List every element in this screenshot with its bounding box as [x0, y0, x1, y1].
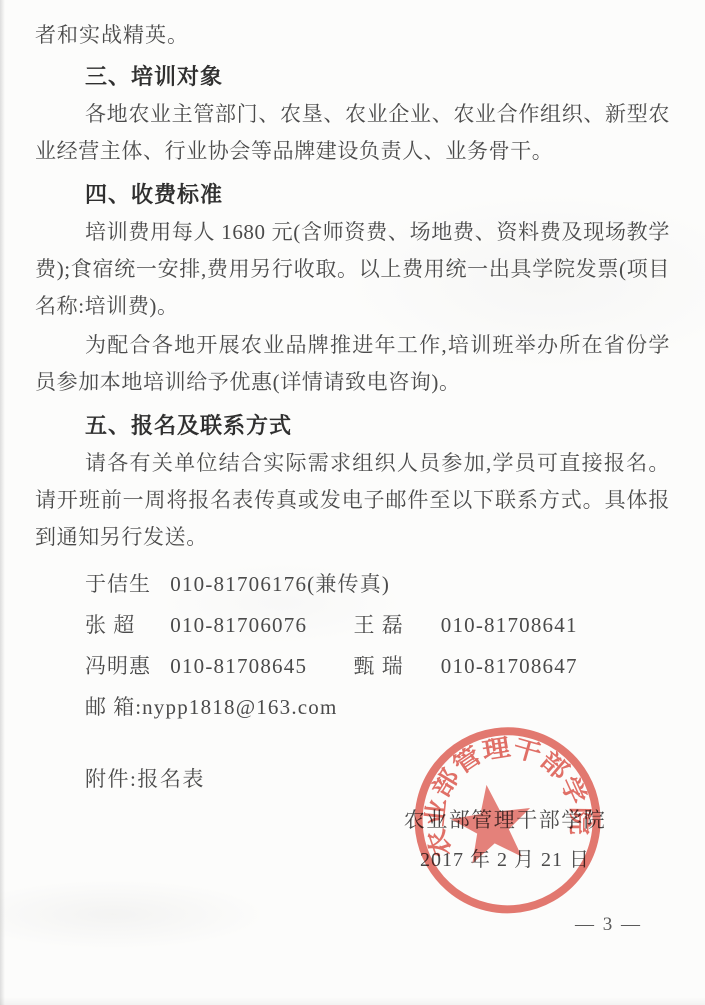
section3-paragraph: 各地农业主管部门、农垦、农业企业、农业合作组织、新型农业经营主体、行业协会等品牌… — [35, 96, 670, 170]
contact-phone: 010-81708647 — [441, 646, 593, 687]
contact-name: 张 超 — [85, 605, 165, 646]
page-number: — 3 — — [35, 912, 642, 938]
signature-block: 农业部管理干部学院 2017 年 2 月 21 日 — [380, 804, 630, 876]
contact-name: 甄 瑞 — [354, 646, 436, 687]
email-label: 邮 箱: — [85, 695, 142, 719]
contact-phone: 010-81708645 — [170, 646, 322, 687]
contact-name: 王 磊 — [354, 605, 436, 646]
contact-row-2: 张 超 010-81706076 王 磊 010-81708641 — [85, 605, 670, 646]
contact-row-1: 于佶生 010-81706176(兼传真) — [85, 564, 670, 605]
contact-phone: 010-81706176(兼传真) — [170, 564, 390, 605]
section4-paragraph-2: 为配合各地开展农业品牌推进年工作,培训班举办所在省份学员参加本地培训给予优惠(详… — [35, 327, 670, 401]
contact-row-3: 冯明惠 010-81708645 甄 瑞 010-81708647 — [85, 646, 670, 687]
section5-heading: 五、报名及联系方式 — [85, 409, 670, 443]
scanned-document-page: 者和实战精英。 三、培训对象 各地农业主管部门、农垦、农业企业、农业合作组织、新… — [0, 0, 705, 1005]
signature-organization: 农业部管理干部学院 — [380, 804, 630, 836]
section4-heading: 四、收费标准 — [85, 178, 670, 212]
contact-phone: 010-81706076 — [170, 605, 322, 646]
contact-phone: 010-81708641 — [441, 605, 593, 646]
email-address: nypp1818@163.com — [142, 695, 337, 719]
contact-list: 于佶生 010-81706176(兼传真) 张 超 010-81706076 王… — [85, 564, 670, 728]
signature-date: 2017 年 2 月 21 日 — [380, 844, 630, 876]
contact-name: 冯明惠 — [85, 646, 165, 687]
section3-heading: 三、培训对象 — [85, 60, 670, 94]
contact-name: 于佶生 — [85, 564, 165, 605]
paragraph-carryover: 者和实战精英。 — [35, 18, 670, 52]
contact-row-email: 邮 箱:nypp1818@163.com — [85, 687, 670, 728]
section5-paragraph: 请各有关单位结合实际需求组织人员参加,学员可直接报名。请开班前一周将报名表传真或… — [35, 445, 670, 556]
attachment-note: 附件:报名表 — [85, 764, 670, 794]
section4-paragraph-1: 培训费用每人 1680 元(含师资费、场地费、资料费及现场教学费);食宿统一安排… — [35, 214, 670, 325]
